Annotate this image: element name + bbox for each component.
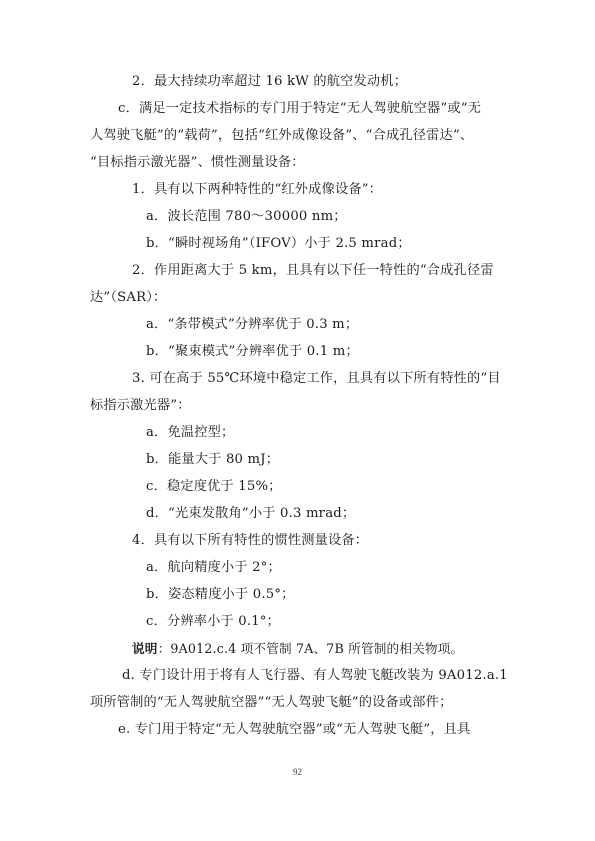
- note-label: 说明: [132, 641, 158, 656]
- note-text: ：9A012.c.4 项不管制 7A、7B 所管制的相关物项。: [158, 641, 464, 656]
- item-d-conversion: d. 专门设计用于将有人飞行器、有人驾驶飞艇改装为 9A012.a.1: [122, 667, 508, 685]
- item-4c-resolution: c．分辨率小于 0.1°；: [146, 613, 280, 631]
- item-1a-wavelength: a．波长范围 780～30000 nm；: [146, 208, 347, 226]
- item-2a-strip-mode: a．“条带模式”分辨率优于 0.3 m；: [146, 316, 358, 334]
- item-2-aero-engine: 2．最大持续功率超过 16 kW 的航空发动机；: [132, 73, 407, 91]
- item-4a-heading: a．航向精度小于 2°；: [146, 559, 281, 577]
- item-2b-spotlight-mode: b．“聚束模式”分辨率优于 0.1 m；: [146, 343, 359, 361]
- item-3d-divergence: d．“光束发散角”小于 0.3 mrad；: [146, 505, 355, 523]
- document-page: 2．最大持续功率超过 16 kW 的航空发动机； c．满足一定技术指标的专门用于…: [0, 0, 595, 841]
- item-4-inertial: 4．具有以下所有特性的惯性测量设备：: [132, 532, 368, 550]
- page-number: 92: [0, 767, 595, 777]
- item-3-laser-cont: 标指示激光器”：: [90, 397, 191, 415]
- item-3-laser: 3. 可在高于 55℃环境中稳定工作，且具有以下所有特性的“目: [132, 370, 501, 388]
- item-e-specific: e. 专门用于特定“无人驾驶航空器”或“无人驾驶飞艇”，且具: [118, 721, 470, 739]
- item-3c-stability: c．稳定度优于 15%；: [146, 478, 282, 496]
- item-1b-ifov: b．“瞬时视场角”（IFOV）小于 2.5 mrad；: [146, 235, 411, 253]
- item-c-payload-cont-1: 人驾驶飞艇”的“载荷”，包括“红外成像设备”、“合成孔径雷达”、: [90, 127, 473, 145]
- item-2-sar: 2．作用距离大于 5 km，且具有以下任一特性的“合成孔径雷: [132, 262, 494, 280]
- item-c-payload-cont-2: “目标指示激光器”、惯性测量设备：: [90, 154, 305, 172]
- item-2-sar-cont: 达”（SAR）：: [90, 289, 166, 307]
- item-4b-attitude: b．姿态精度小于 0.5°；: [146, 586, 295, 604]
- item-3a-no-temp-control: a．免温控型；: [146, 424, 234, 442]
- item-c-payload: c．满足一定技术指标的专门用于特定“无人驾驶航空器”或“无: [118, 100, 481, 118]
- item-3b-energy: b．能量大于 80 mJ；: [146, 451, 279, 469]
- note-paragraph: 说明：9A012.c.4 项不管制 7A、7B 所管制的相关物项。: [132, 640, 463, 658]
- item-1-infrared: 1．具有以下两种特性的“红外成像设备”：: [132, 181, 382, 199]
- item-d-conversion-cont: 项所管制的“无人驾驶航空器”“无人驾驶飞艇”的设备或部件；: [90, 694, 452, 712]
